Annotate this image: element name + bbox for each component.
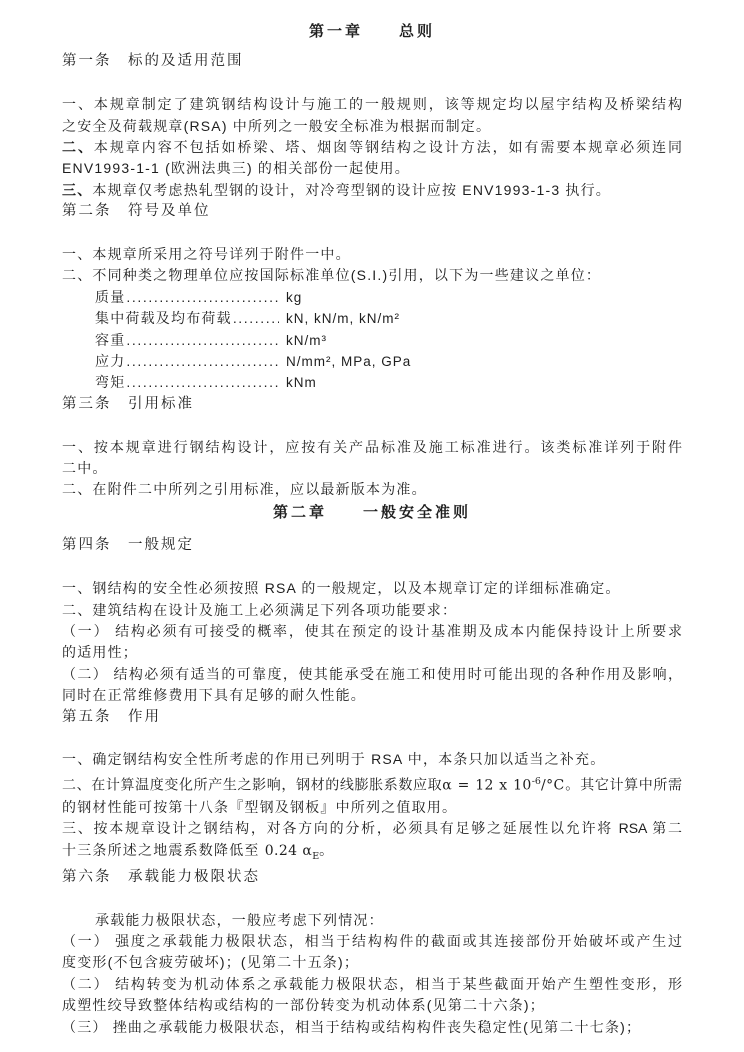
paragraph-line: 的适用性； bbox=[62, 642, 682, 663]
paragraph-line: （二） 结构转变为机动体系之承载能力极限状态，相当于某些截面开始产生塑性变形，形 bbox=[62, 974, 682, 995]
paragraph-text: 十三条所述之地震系数降低至 bbox=[62, 842, 265, 858]
leader-dots: ........................................… bbox=[232, 308, 279, 329]
paragraph-line-formula: 十三条所述之地震系数降低至 0.24 αE。 bbox=[62, 840, 682, 867]
formula-unit: /°C。 bbox=[541, 777, 580, 793]
unit-row-unit-weight: 容重......................................… bbox=[62, 330, 682, 351]
leader-dots: ........................................… bbox=[125, 372, 279, 393]
paragraph-line: （二） 结构必须有适当的可靠度，使其能承受在施工和使用时可能出现的各种作用及影响… bbox=[62, 664, 682, 685]
leader-dots: ........................................… bbox=[125, 351, 279, 372]
paragraph-line: 二、建筑结构在设计及施工上必须满足下列各项功能要求： bbox=[62, 600, 682, 621]
article-1-heading: 第一条 标的及适用范围 bbox=[62, 51, 682, 72]
paragraph-line: 三、本规章仅考虑热轧型钢的设计，对冷弯型钢的设计应按 ENV1993-1-3 执… bbox=[62, 180, 682, 201]
unit-label: 容重 bbox=[95, 330, 125, 351]
thermal-expansion-formula: α = 12 x 10 bbox=[442, 777, 531, 793]
unit-value: kNm bbox=[279, 372, 317, 393]
seismic-coefficient-value: 0.24 α bbox=[265, 843, 312, 859]
paragraph-line: 成塑性绞导致整体结构或结构的一部份转变为机动体系(见第二十六条)； bbox=[62, 995, 682, 1016]
unit-label: 应力 bbox=[95, 351, 125, 372]
paragraph-line: ENV1993-1-1 (欧洲法典三) 的相关部份一起使用。 bbox=[62, 158, 682, 179]
unit-row-loads: 集中荷载及均布荷载...............................… bbox=[62, 308, 682, 329]
unit-row-moment: 弯矩......................................… bbox=[62, 372, 682, 393]
article-3-heading: 第三条 引用标准 bbox=[62, 394, 682, 415]
paragraph-line: 二、不同种类之物理单位应按国际标准单位(S.I.)引用，以下为一些建议之单位： bbox=[62, 265, 682, 286]
paragraph-line: 一、钢结构的安全性必须按照 RSA 的一般规定，以及本规章订定的详细标准确定。 bbox=[62, 578, 682, 599]
unit-label: 弯矩 bbox=[95, 372, 125, 393]
article-4-heading: 第四条 一般规定 bbox=[62, 535, 682, 556]
paragraph-text: 本规章仅考虑热轧型钢的设计，对冷弯型钢的设计应按 ENV1993-1-3 执行。 bbox=[92, 182, 611, 198]
paragraph-line: （三） 挫曲之承载能力极限状态，相当于结构或结构构件丧失稳定性(见第二十七条)； bbox=[62, 1017, 682, 1038]
paragraph-text: 本规章内容不包括如桥梁、塔、烟囱等钢结构之设计方法，如有需要本规章必须连同 bbox=[94, 139, 682, 155]
paragraph-line: 三、按本规章设计之钢结构，对各方向的分析，必须具有足够之延展性以允许将 RSA … bbox=[62, 818, 682, 839]
paragraph-line: 二中。 bbox=[62, 458, 682, 479]
paragraph-line: 一、按本规章进行钢结构设计，应按有关产品标准及施工标准进行。该类标准详列于附件 bbox=[62, 437, 682, 458]
paragraph-line: 之安全及荷载规章(RSA) 中所列之一般安全标准为根据而制定。 bbox=[62, 116, 682, 137]
paragraph-line: 二、本规章内容不包括如桥梁、塔、烟囱等钢结构之设计方法，如有需要本规章必须连同 bbox=[62, 137, 682, 158]
paragraph-line: 承载能力极限状态，一般应考虑下列情况： bbox=[62, 910, 682, 931]
paragraph-line-formula: 二、在计算温度变化所产生之影响，钢材的线膨胀系数应取α = 12 x 10-6/… bbox=[62, 771, 682, 797]
unit-label: 集中荷载及均布荷载 bbox=[95, 308, 232, 329]
unit-value: kg bbox=[279, 287, 302, 308]
paragraph-text: 。 bbox=[319, 842, 334, 858]
unit-value: kN, kN/m, kN/m² bbox=[279, 308, 400, 329]
unit-label: 质量 bbox=[95, 287, 125, 308]
paragraph-line: 一、本规章制定了建筑钢结构设计与施工的一般规则，该等规定均以屋宇结构及桥梁结构 bbox=[62, 94, 682, 115]
unit-row-stress: 应力......................................… bbox=[62, 351, 682, 372]
paragraph-text: 二、在计算温度变化所产生之影响，钢材的线膨胀系数应取 bbox=[62, 776, 442, 792]
unit-row-mass: 质量......................................… bbox=[62, 287, 682, 308]
chapter-2-title: 第二章 一般安全准则 bbox=[62, 502, 682, 523]
document-page: 第一章 总则 第一条 标的及适用范围 一、本规章制定了建筑钢结构设计与施工的一般… bbox=[0, 0, 744, 1052]
paragraph-line: 同时在正常维修费用下具有足够的耐久性能。 bbox=[62, 685, 682, 706]
article-5-heading: 第五条 作用 bbox=[62, 707, 682, 728]
item-marker: 三、 bbox=[62, 182, 92, 198]
paragraph-line: （一） 结构必须有可接受的概率，使其在预定的设计基准期及成本内能保持设计上所要求 bbox=[62, 621, 682, 642]
article-2-heading: 第二条 符号及单位 bbox=[62, 201, 682, 222]
chapter-1-title: 第一章 总则 bbox=[62, 21, 682, 42]
paragraph-line: 一、确定钢结构安全性所考虑的作用已列明于 RSA 中，本条只加以适当之补充。 bbox=[62, 749, 682, 770]
paragraph-line: 一、本规章所采用之符号详列于附件一中。 bbox=[62, 244, 682, 265]
article-6-heading: 第六条 承载能力极限状态 bbox=[62, 867, 682, 888]
paragraph-text: 其它计算中所需 bbox=[580, 776, 682, 792]
paragraph-line: 的钢材性能可按第十八条『型钢及钢板』中所列之值取用。 bbox=[62, 797, 682, 818]
leader-dots: ........................................… bbox=[125, 330, 279, 351]
unit-value: N/mm², MPa, GPa bbox=[279, 351, 411, 372]
leader-dots: ........................................… bbox=[125, 287, 279, 308]
paragraph-line: （一） 强度之承载能力极限状态，相当于结构构件的截面或其连接部份开始破坏或产生过 bbox=[62, 931, 682, 952]
unit-value: kN/m³ bbox=[279, 330, 327, 351]
paragraph-line: 度变形(不包含疲劳破坏)；(见第二十五条)； bbox=[62, 952, 682, 973]
paragraph-line: 二、在附件二中所列之引用标准，应以最新版本为准。 bbox=[62, 479, 682, 500]
item-marker: 二、 bbox=[62, 139, 94, 155]
formula-exponent: -6 bbox=[532, 776, 541, 787]
